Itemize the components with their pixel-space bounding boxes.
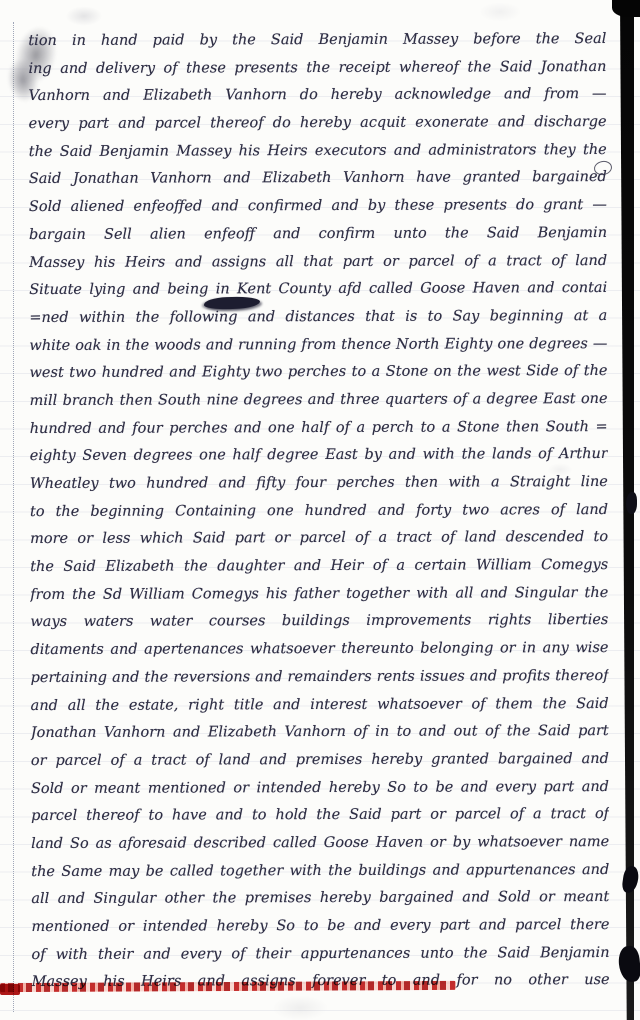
manuscript-line: mill branch then South nine degrees and … <box>30 386 608 416</box>
manuscript-line: land So as aforesaid described called Go… <box>31 829 609 859</box>
manuscript-line: =ned within the following and distances … <box>29 303 607 333</box>
manuscript-line: the Same may be called together with the… <box>31 857 609 887</box>
manuscript-line: parcel thereof to have and to hold the S… <box>31 801 609 831</box>
manuscript-text-block: tion in hand paid by the Said Benjamin M… <box>28 26 609 1004</box>
manuscript-line: or parcel of a tract of land and premise… <box>31 746 609 776</box>
binding-corner-blob <box>612 0 640 17</box>
manuscript-line: tion in hand paid by the Said Benjamin M… <box>28 26 606 56</box>
manuscript-line: the Said Benjamin Massey his Heirs execu… <box>29 137 607 167</box>
manuscript-line: pertaining and the reversions and remain… <box>31 663 609 693</box>
manuscript-line: Sold or meant mentioned or intended here… <box>31 774 609 804</box>
manuscript-line: from the Sd William Comegys his father t… <box>30 580 608 610</box>
manuscript-line: ditaments and apertenances whatsoever th… <box>30 635 608 665</box>
manuscript-line: and all the estate, right title and inte… <box>31 690 609 720</box>
manuscript-line: Vanhorn and Elizabeth Vanhorn do hereby … <box>28 81 606 111</box>
margin-dotted-line <box>13 22 14 1012</box>
manuscript-line: every part and parcel thereof do hereby … <box>29 109 607 139</box>
manuscript-line: mentioned or intended hereby So to be an… <box>31 912 609 942</box>
manuscript-line: bargain Sell alien enfeoff and confirm u… <box>29 220 607 250</box>
manuscript-line: Situate lying and being in Kent County a… <box>29 275 607 305</box>
manuscript-line: all and Singular other the premises here… <box>31 884 609 914</box>
manuscript-line: Wheatley two hundred and fifty four perc… <box>30 469 608 499</box>
manuscript-line: the Said Elizabeth the daughter and Heir… <box>30 552 608 582</box>
manuscript-line: ways waters water courses buildings impr… <box>30 607 608 637</box>
manuscript-line: Sold aliened enfeoffed and confirmed and… <box>29 192 607 222</box>
manuscript-line: west two hundred and Eighty two perches … <box>29 358 607 388</box>
manuscript-line: of with their and every of their appurte… <box>31 940 609 970</box>
binding-ink-blob <box>617 945 640 983</box>
manuscript-line: eighty Seven degrees one half degree Eas… <box>30 441 608 471</box>
manuscript-page: tion in hand paid by the Said Benjamin M… <box>0 0 640 1020</box>
red-ink-artifact-fragment <box>0 984 20 995</box>
manuscript-line: Said Jonathan Vanhorn and Elizabeth Vanh… <box>29 164 607 194</box>
manuscript-line: Massey his Heirs and assigns all that pa… <box>29 247 607 277</box>
manuscript-line: ing and delivery of these presents the r… <box>28 54 606 84</box>
manuscript-line: Jonathan Vanhorn and Elizabeth Vanhorn o… <box>31 718 609 748</box>
binding-ink-blob <box>626 492 637 514</box>
manuscript-line: more or less which Said part or parcel o… <box>30 524 608 554</box>
manuscript-line: hundred and four perches and one half of… <box>30 414 608 444</box>
manuscript-line: to the beginning Containing one hundred … <box>30 497 608 527</box>
binding-ink-blob <box>621 865 640 894</box>
manuscript-line: white oak in the woods and running from … <box>29 331 607 361</box>
